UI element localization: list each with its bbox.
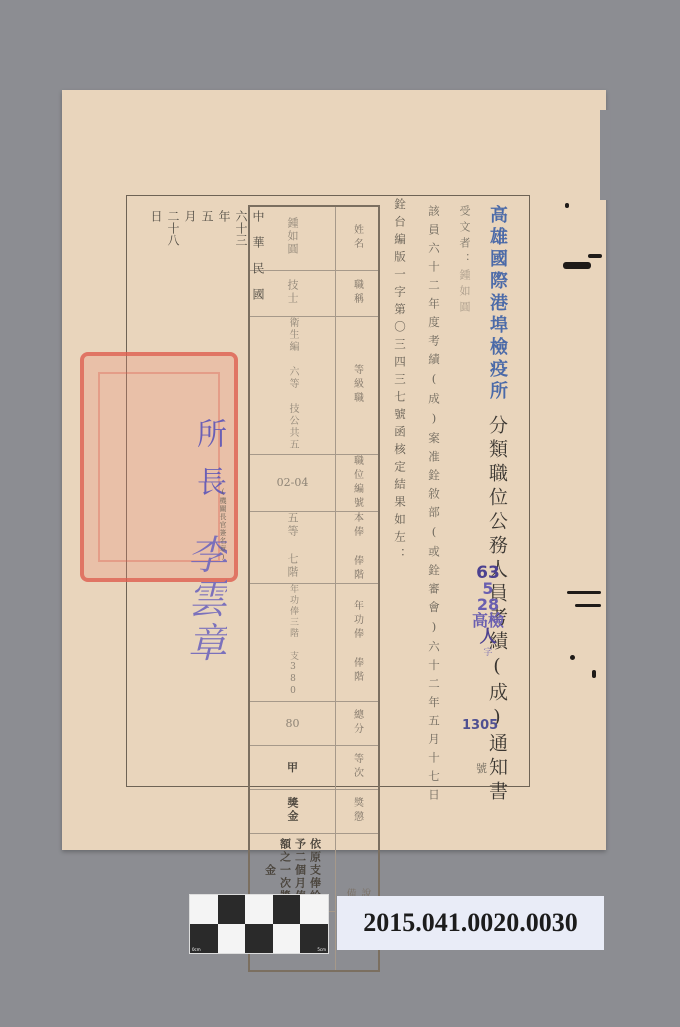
body-line-2: 銓台編版一字第〇三四三七號函核定結果如左：: [392, 198, 408, 566]
evaluation-table: 鍾如圓 姓名 技士 職稱 衛生編 六等 技公共五 等級職 02-04 職位編號 …: [248, 205, 380, 972]
scale-left-label: 0cm: [192, 947, 201, 952]
header-name: 姓名: [336, 206, 380, 270]
seal-caption: (機關長官簽名章): [218, 488, 228, 562]
scale-right-label: 5cm: [317, 947, 326, 952]
color-scale-bar: 0cm 5cm: [189, 894, 329, 954]
date-prefix: 中華民國: [250, 210, 267, 770]
receipt-suffix: 字: [468, 645, 508, 661]
header-rank: 等次: [336, 745, 380, 789]
receipt-dept: 人: [468, 629, 508, 645]
table-row: 甲 等次: [249, 745, 379, 789]
ink-mark: [575, 604, 601, 607]
ink-stain: [588, 254, 602, 258]
header-base-salary: 本俸 俸階: [336, 511, 380, 583]
serial-suffix: 號: [476, 760, 487, 776]
recipient: 受文者：鍾如圓: [456, 205, 472, 317]
table-row: 年功俸三階 支380 年功俸 俸階: [249, 583, 379, 701]
ink-mark: [570, 655, 575, 660]
table-row: 02-04 職位編號: [249, 454, 379, 511]
table-row: 80 總分: [249, 701, 379, 745]
serial-number: 1305: [462, 718, 498, 733]
cell-grade: 衛生編 六等 技公共五: [285, 317, 300, 451]
table-row: 鍾如圓 姓名: [249, 206, 379, 270]
header-position-number: 職位編號: [336, 454, 380, 511]
cell-base-salary: 五等 七階: [285, 512, 300, 579]
ink-mark: [592, 670, 596, 678]
cell-title: 技士: [285, 279, 300, 305]
cell-merit-salary: 年功俸三階 支380: [285, 584, 300, 698]
table-row: 獎金 獎懲: [249, 789, 379, 833]
date-day: 二十八: [165, 210, 182, 770]
header-merit-salary: 年功俸 俸階: [336, 583, 380, 701]
cell-reward: 獎金: [285, 797, 300, 823]
issuer-name: 高雄國際港埠檢疫所: [484, 205, 510, 403]
table-row: 五等 七階 本俸 俸階: [249, 511, 379, 583]
header-grade: 等級職: [336, 316, 380, 454]
date-year: 六十三: [233, 210, 250, 770]
ink-mark: [567, 591, 601, 594]
date-day-unit: 日: [148, 210, 165, 770]
recipient-name: 鍾如圓: [458, 269, 471, 317]
cell-name: 鍾如圓: [285, 217, 300, 256]
ink-stain: [563, 262, 591, 269]
table-row: 技士 職稱: [249, 270, 379, 316]
body-line-1: 該員六十二年度考績(成)案准銓敘部(或銓審會)六十二年五月十七日: [426, 205, 442, 807]
table-row: 衛生編 六等 技公共五 等級職: [249, 316, 379, 454]
header-reward: 獎懲: [336, 789, 380, 833]
recipient-label: 受文者：: [458, 205, 471, 269]
receipt-stamp: 63 5 28 高檢 人 字: [468, 565, 508, 661]
header-total-score: 總分: [336, 701, 380, 745]
header-title: 職稱: [336, 270, 380, 316]
paper-torn-edge: [600, 110, 610, 200]
ink-stain: [565, 203, 569, 208]
accession-number-label: 2015.041.0020.0030: [337, 896, 604, 950]
